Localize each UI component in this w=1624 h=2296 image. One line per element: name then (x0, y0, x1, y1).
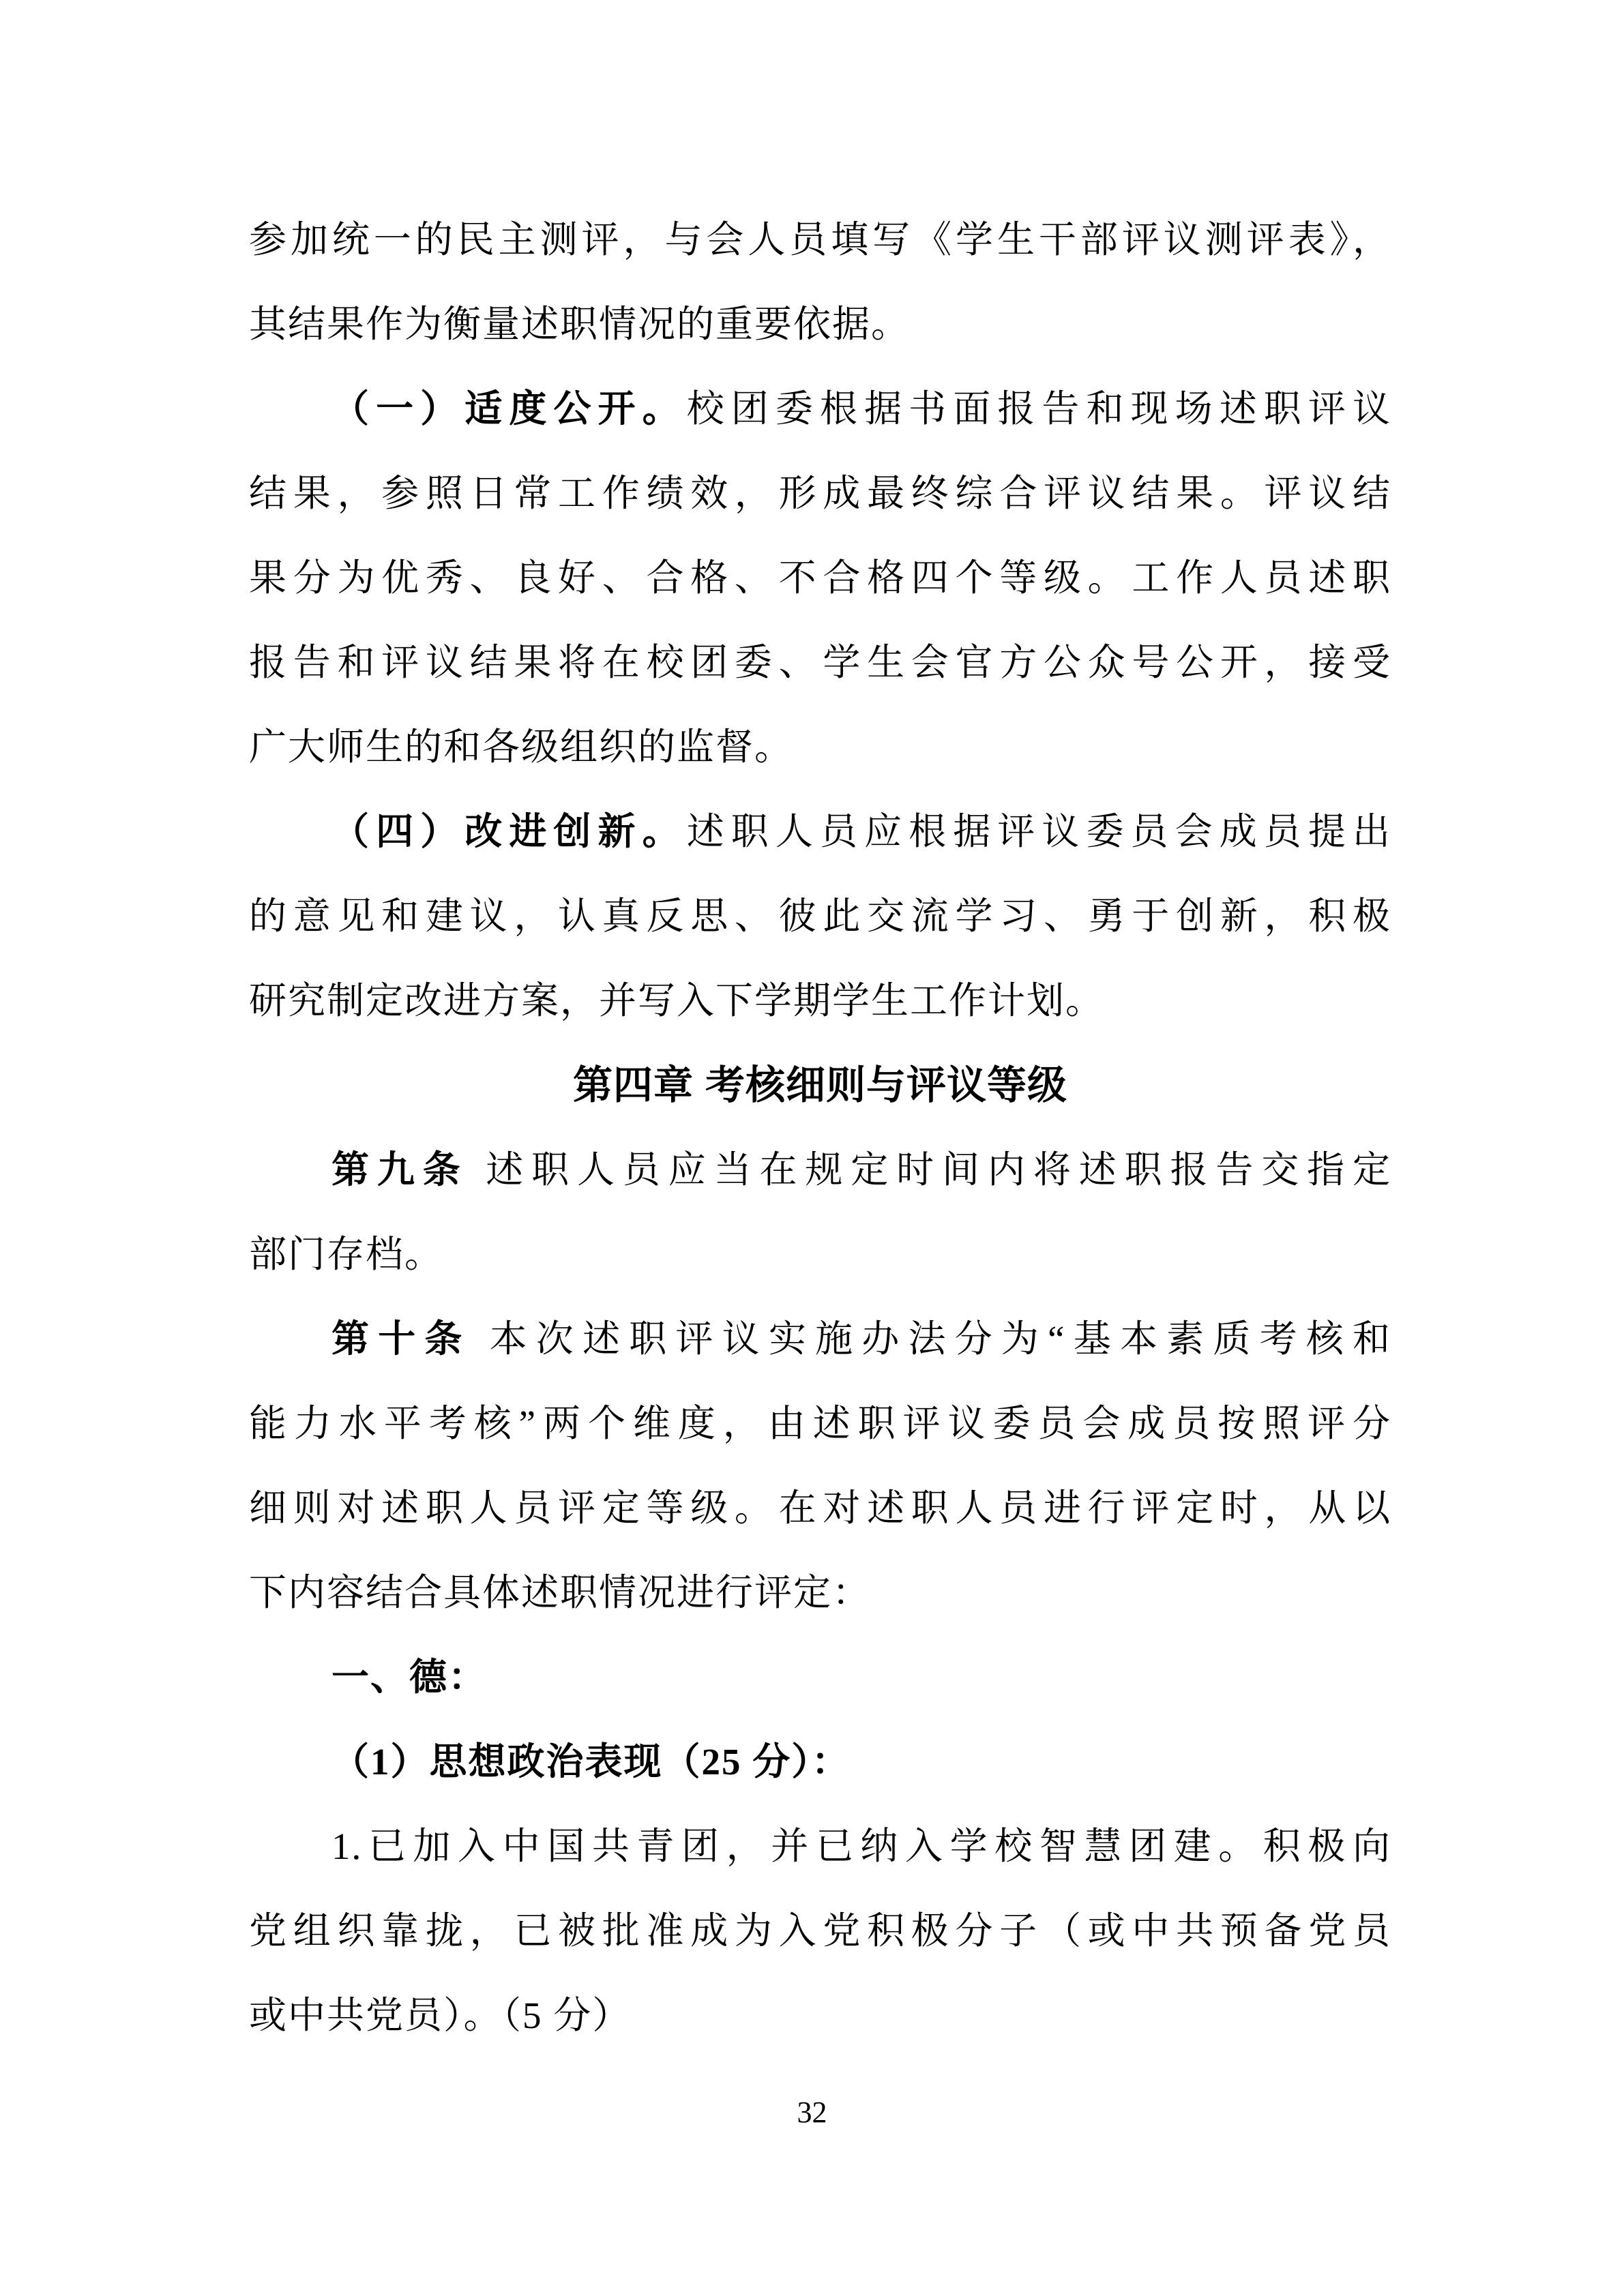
text-line: 的意见和建议，认真反思、彼此交流学习、勇于创新，积极 (249, 874, 1391, 959)
bold-run: （一）适度公开。 (331, 388, 687, 430)
text-run: 校团委根据书面报告和现场述职评议 (687, 388, 1391, 430)
text-line: 其结果作为衡量述职情况的重要依据。 (249, 282, 1391, 367)
bold-run: （1）思想政治表现（25 分）： (331, 1741, 851, 1783)
text-line: 部门存档。 (249, 1212, 1391, 1297)
text-line: （1）思想政治表现（25 分）： (249, 1720, 1391, 1804)
document-body: 参加统一的民主测评，与会人员填写《学生干部评议测评表》， 其结果作为衡量述职情况… (249, 198, 1391, 2058)
text-line: 1.已加入中国共青团，并已纳入学校智慧团建。积极向 (249, 1804, 1391, 1889)
chapter-heading: 第四章 考核细则与评议等级 (249, 1043, 1391, 1128)
text-line: （一）适度公开。校团委根据书面报告和现场述职评议 (249, 367, 1391, 451)
text-line: 党组织靠拢，已被批准成为入党积极分子（或中共预备党员 (249, 1889, 1391, 1973)
text-run: 本次述职评议实施办法分为“基本素质考核和 (471, 1318, 1391, 1360)
text-line: 能力水平考核”两个维度，由述职评议委员会成员按照评分 (249, 1382, 1391, 1466)
text-line: 参加统一的民主测评，与会人员填写《学生干部评议测评表》， (249, 198, 1391, 282)
text-line: 下内容结合具体述职情况进行评定： (249, 1551, 1391, 1635)
text-line: 果分为优秀、良好、合格、不合格四个等级。工作人员述职 (249, 536, 1391, 621)
text-run: 述职人员应当在规定时间内将述职报告交指定 (469, 1149, 1391, 1191)
text-line: 研究制定改进方案，并写入下学期学生工作计划。 (249, 959, 1391, 1043)
bold-run: 一、德： (331, 1656, 487, 1698)
bold-run: （四）改进创新。 (331, 811, 687, 852)
text-line: 或中共党员）。（5 分） (249, 1973, 1391, 2058)
text-line: 第九条 述职人员应当在规定时间内将述职报告交指定 (249, 1128, 1391, 1212)
text-line: 广大师生的和各级组织的监督。 (249, 705, 1391, 790)
text-line: 结果，参照日常工作绩效，形成最终综合评议结果。评议结 (249, 451, 1391, 536)
text-line: 细则对述职人员评定等级。在对述职人员进行评定时，从以 (249, 1466, 1391, 1551)
bold-run: 第十条 (331, 1318, 471, 1360)
text-run: 述职人员应根据评议委员会成员提出 (687, 811, 1391, 852)
bold-run: 第九条 (331, 1149, 469, 1191)
text-line: 一、德： (249, 1635, 1391, 1720)
text-line: 第十条 本次述职评议实施办法分为“基本素质考核和 (249, 1297, 1391, 1382)
text-line: （四）改进创新。述职人员应根据评议委员会成员提出 (249, 790, 1391, 874)
document-page: 参加统一的民主测评，与会人员填写《学生干部评议测评表》， 其结果作为衡量述职情况… (0, 0, 1624, 2296)
text-line: 报告和评议结果将在校团委、学生会官方公众号公开，接受 (249, 621, 1391, 705)
page-number: 32 (0, 2092, 1624, 2133)
